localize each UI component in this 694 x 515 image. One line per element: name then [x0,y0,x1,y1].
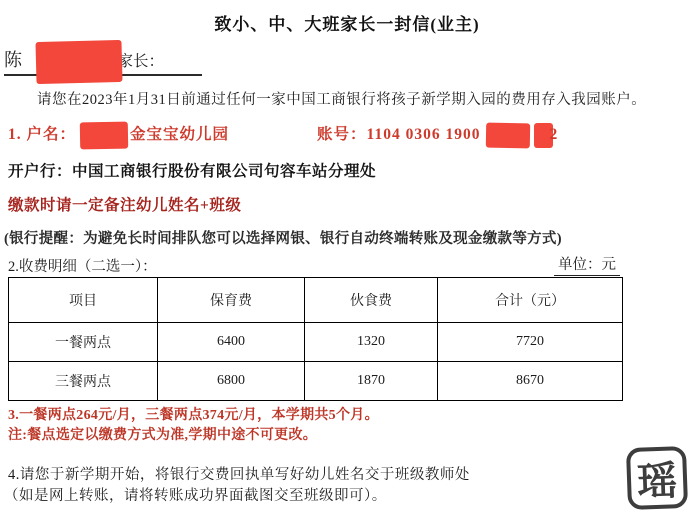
account-item-label: 1. 户名： [8,126,76,143]
fee-table-header-cell: 保育费 [158,278,305,323]
fee-table-cell: 1320 [305,323,438,362]
fee-table-row: 一餐两点 6400 1320 7720 [9,323,623,362]
salutation-surname: 陈 [4,50,22,70]
letter-document: 致小、中、大班家长一封信(业主) 陈贵家长： 请您在2023年1月31日前通过任… [0,0,694,515]
watermark-stamp: 瑶 [626,446,688,510]
closing-line-2: （如是网上转账，请将转账成功界面截图交至班级即可）。 [4,484,387,505]
fee-table-cell: 1870 [305,362,438,401]
fee-table-header-row: 项目 保育费 伙食费 合计（元） [9,278,623,323]
redaction-block-account-1 [486,123,530,149]
fee-table-header-cell: 伙食费 [305,278,438,323]
unit-label: 单位：元 [554,253,620,276]
fee-table-cell: 7720 [438,323,623,362]
fee-table-header-cell: 项目 [9,278,158,323]
stamp-character: 瑶 [636,449,678,507]
fee-table-cell: 三餐两点 [9,362,158,401]
payment-note-line: 缴款时请一定备注幼儿姓名+班级 [8,193,241,215]
monthly-fee-note: 3.一餐两点264元/月，三餐两点374元/月，本学期共5个月。 [8,404,379,424]
intro-paragraph: 请您在2023年1月31日前通过任何一家中国工商银行将孩子新学期入园的费用存入我… [8,88,690,109]
redaction-block-holder [80,122,128,150]
letter-title: 致小、中、大班家长一封信(业主) [0,10,694,35]
account-number-label: 账号： [317,126,367,143]
fee-table-header-cell: 合计（元） [438,278,623,323]
redaction-block-name [35,40,122,84]
bank-branch-line: 开户行：中国工商银行股份有限公司句容车站分理处 [8,159,376,181]
fee-table: 项目 保育费 伙食费 合计（元） 一餐两点 6400 1320 7720 三餐两… [8,277,623,401]
salutation-line: 陈贵家长： [4,46,202,76]
fee-heading: 2.收费明细（二选一）： [8,255,157,276]
fee-table-cell: 6800 [158,362,305,401]
account-line: 1. 户名：金宝宝幼儿园账号：1104 0306 19002 [8,122,558,149]
meal-choice-note: 注:餐点选定以缴费方式为准,学期中途不可更改。 [8,424,317,444]
fee-table-row: 三餐两点 6800 1870 8670 [9,362,623,401]
account-holder-name: 金宝宝幼儿园 [130,126,229,143]
fee-table-cell: 8670 [438,362,623,401]
fee-heading-row: 2.收费明细（二选一）： 单位：元 [8,253,620,276]
fee-table-cell: 6400 [158,323,305,362]
account-number-visible: 1104 0306 1900 [367,126,481,143]
fee-table-cell: 一餐两点 [9,323,158,362]
closing-line-1: 4.请您于新学期开始，将银行交费回执单写好幼儿姓名交于班级教师处 [8,463,470,484]
bank-tip-line: (银行提醒：为避免长时间排队您可以选择网银、银行自动终端转账及现金缴款等方式) [4,227,562,248]
account-number-tail: 2 [549,126,558,143]
